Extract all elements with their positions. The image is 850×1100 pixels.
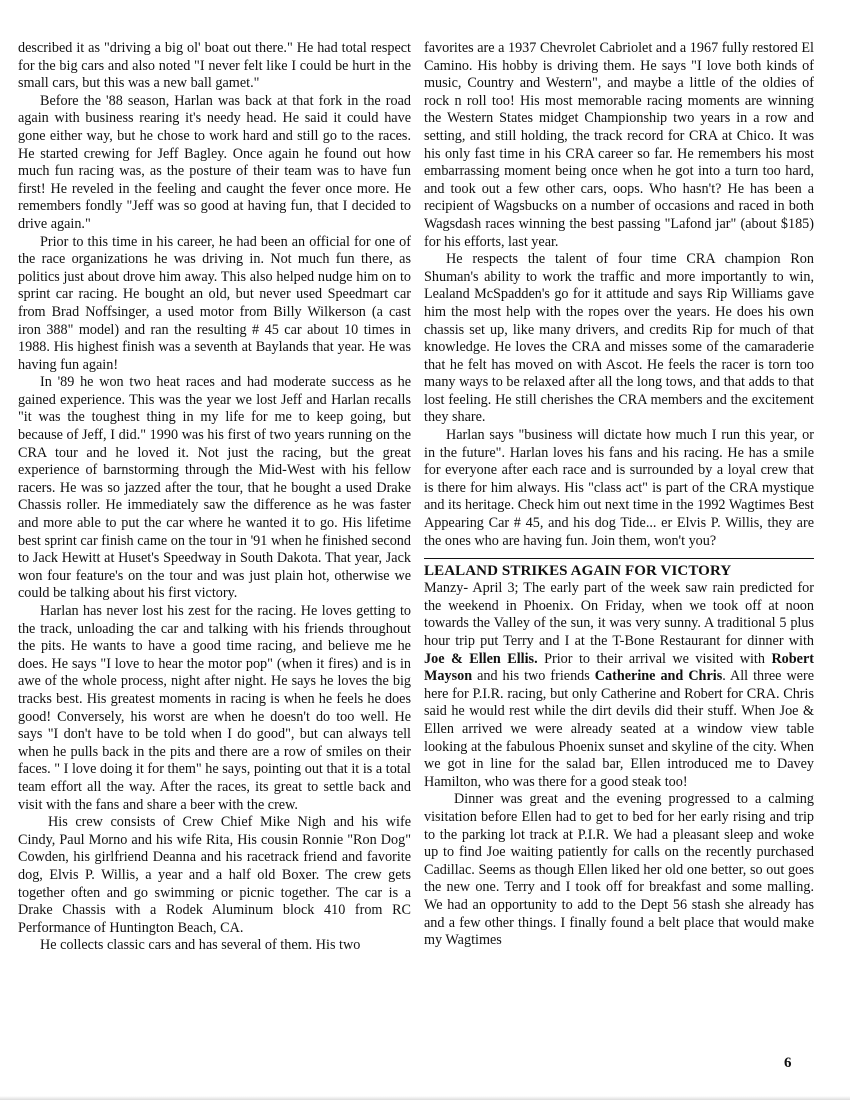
paragraph: He collects classic cars and has several…: [18, 937, 411, 955]
document-page: described it as "driving a big ol' boat …: [0, 0, 850, 1100]
paragraph: Before the '88 season, Harlan was back a…: [18, 93, 411, 234]
paragraph: described it as "driving a big ol' boat …: [18, 40, 411, 93]
person-name: Catherine and Chris: [595, 668, 722, 684]
text-run: and his two friends: [472, 668, 595, 684]
paragraph: Harlan says "business will dictate how m…: [424, 427, 814, 550]
paragraph: Prior to this time in his career, he had…: [18, 234, 411, 375]
paragraph: Harlan has never lost his zest for the r…: [18, 603, 411, 814]
paragraph: Dinner was great and the evening progres…: [424, 791, 814, 949]
person-name: Joe & Ellen Ellis.: [424, 651, 538, 667]
paragraph: favorites are a 1937 Chevrolet Cabriolet…: [424, 40, 814, 251]
text-run: Manzy- April 3; The early part of the we…: [424, 580, 814, 649]
text-run: . All three were here for P.I.R. racing,…: [424, 668, 814, 790]
paragraph: In '89 he won two heat races and had mod…: [18, 374, 411, 603]
paragraph: He respects the talent of four time CRA …: [424, 251, 814, 427]
text-run: Prior to their arrival we visited with: [538, 651, 772, 667]
article-headline: LEALAND STRIKES AGAIN FOR VICTORY: [424, 562, 814, 580]
paragraph: Manzy- April 3; The early part of the we…: [424, 580, 814, 791]
paragraph: His crew consists of Crew Chief Mike Nig…: [18, 814, 411, 937]
scan-edge: [0, 1096, 850, 1100]
left-column: described it as "driving a big ol' boat …: [18, 40, 411, 955]
page-number: 6: [784, 1055, 792, 1072]
right-column: favorites are a 1937 Chevrolet Cabriolet…: [424, 40, 814, 950]
section-divider: [424, 558, 814, 559]
